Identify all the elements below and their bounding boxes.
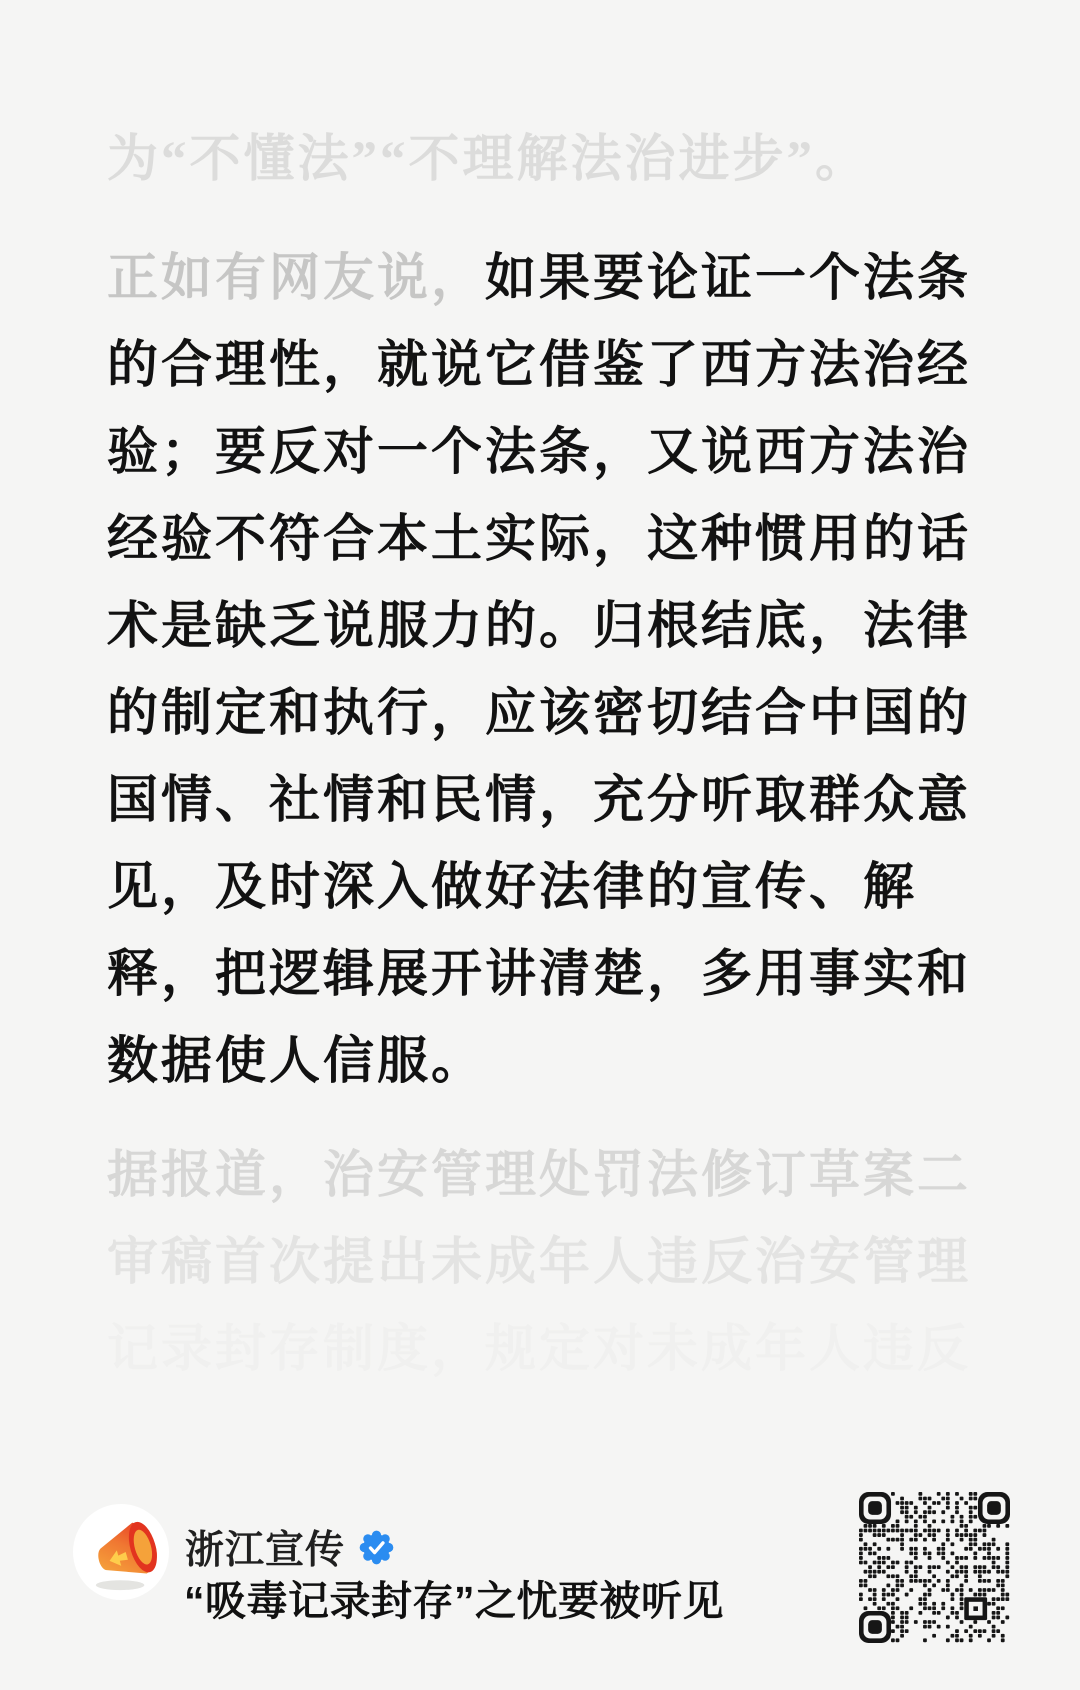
- verified-check-icon: [358, 1529, 395, 1566]
- faded-lead-text: 正如有网友说，: [107, 251, 485, 307]
- avatar: [73, 1504, 169, 1600]
- context-paragraph-top: 为“不懂法”“不理解法治进步”。: [107, 117, 987, 204]
- body-line-faded: 为“不懂法”“不理解法治进步”。: [107, 117, 987, 204]
- body-line-faded: 据报道，治安管理处罚法修订草案二: [107, 1133, 987, 1220]
- body-line: 见，及时深入做好法律的宣传、解: [107, 845, 987, 932]
- share-card: 为“不懂法”“不理解法治进步”。 正如有网友说，如果要论证一个法条 的合理性，就…: [0, 0, 1080, 1690]
- body-line: 验；要反对一个法条，又说西方法治: [107, 410, 987, 497]
- megaphone-icon: [78, 1509, 164, 1595]
- account-row: 浙江宣传: [185, 1519, 395, 1575]
- body-line: 的合理性，就说它借鉴了西方法治经: [107, 323, 987, 410]
- body-line: 释，把逻辑展开讲清楚，多用事实和: [107, 932, 987, 1019]
- article-title: “吸毒记录封存”之忧要被听见: [184, 1568, 724, 1627]
- context-paragraph-bottom: 据报道，治安管理处罚法修订草案二 审稿首次提出未成年人违反治安管理 记录封存制度…: [107, 1133, 987, 1394]
- body-line: 的制定和执行，应该密切结合中国的: [107, 671, 987, 758]
- body-line-faded: 审稿首次提出未成年人违反治安管理: [107, 1220, 987, 1307]
- body-line: 数据使人信服。: [107, 1019, 987, 1106]
- quote-text: 如果要论证一个法条: [485, 251, 971, 307]
- qr-code: [859, 1492, 1010, 1643]
- body-line-faded: 记录封存制度，规定对未成年人违反: [107, 1307, 987, 1394]
- highlight-paragraph: 正如有网友说，如果要论证一个法条 的合理性，就说它借鉴了西方法治经 验；要反对一…: [107, 236, 987, 1106]
- body-line: 正如有网友说，如果要论证一个法条: [107, 236, 987, 323]
- body-line: 经验不符合本土实际，这种惯用的话: [107, 497, 987, 584]
- account-name: 浙江宣传: [185, 1519, 345, 1575]
- body-line: 国情、社情和民情，充分听取群众意: [107, 758, 987, 845]
- body-line: 术是缺乏说服力的。归根结底，法律: [107, 584, 987, 671]
